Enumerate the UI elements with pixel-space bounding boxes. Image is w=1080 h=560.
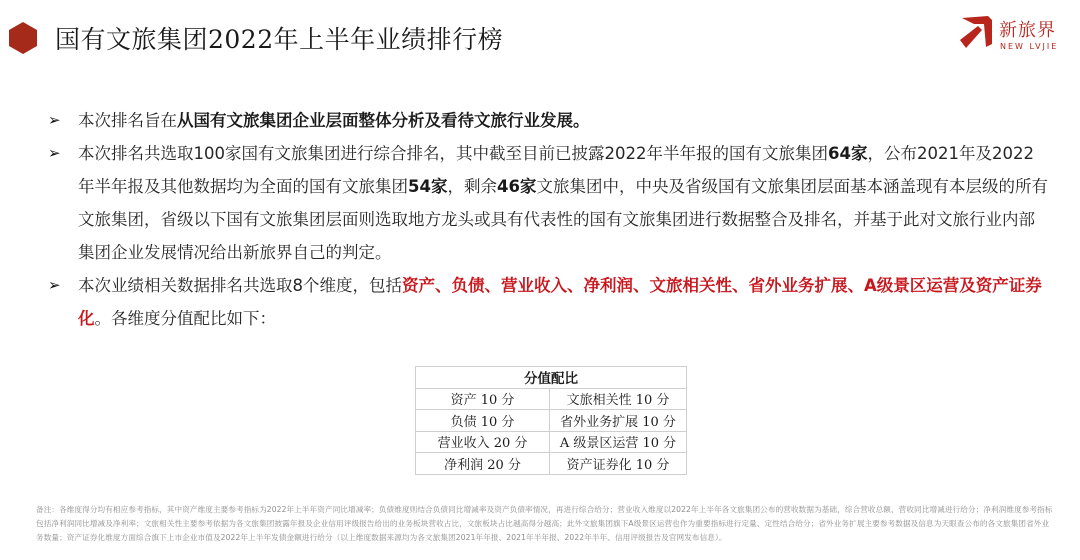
logo-text-en: NEW LVJIE — [1000, 42, 1058, 51]
text-segment: ，剩余 — [447, 177, 497, 196]
text-segment-bold: 从国有文旅集团企业层面整体分析及看待文旅行业发展。 — [177, 111, 590, 130]
table-cell: 负债 10 分 — [416, 410, 550, 432]
text-segment: 本次排名旨在 — [78, 111, 177, 130]
table-cell: 营业收入 20 分 — [416, 431, 550, 453]
bullet-item: ➢ 本次排名旨在从国有文旅集团企业层面整体分析及看待文旅行业发展。 — [48, 104, 1048, 137]
bullet-list: ➢ 本次排名旨在从国有文旅集团企业层面整体分析及看待文旅行业发展。 ➢ 本次排名… — [48, 104, 1048, 335]
brand-logo: 新旅界 NEW LVJIE — [958, 12, 1073, 57]
table-cell: 资产 10 分 — [416, 388, 550, 410]
table-cell: 净利润 20 分 — [416, 453, 550, 475]
table-title: 分值配比 — [416, 367, 687, 389]
bullet-item: ➢ 本次业绩相关数据排名共选取8个维度，包括资产、负债、营业收入、净利润、文旅相… — [48, 269, 1048, 335]
bullet-item: ➢ 本次排名共选取100家国有文旅集团进行综合排名，其中截至目前已披露2022年… — [48, 137, 1048, 269]
text-segment: 本次业绩相关数据排名共选取8个维度，包括 — [78, 276, 402, 295]
text-segment-bold: 46家 — [497, 177, 536, 196]
footnote: 备注：各维度得分均有相应参考指标，其中资产维度主要参考指标为2022年上半年资产… — [36, 503, 1056, 545]
slide-header: 国有文旅集团2022年上半年业绩排行榜 新旅界 NEW LVJIE — [0, 0, 1080, 80]
table-header-row: 分值配比 — [416, 367, 687, 389]
hexagon-icon — [9, 22, 37, 54]
table-row: 资产 10 分 文旅相关性 10 分 — [416, 388, 687, 410]
score-allocation-table: 分值配比 资产 10 分 文旅相关性 10 分 负债 10 分 省外业务扩展 1… — [415, 366, 687, 475]
text-segment-bold: 54家 — [408, 177, 447, 196]
arrowhead-bullet-icon: ➢ — [48, 269, 61, 302]
table-cell: A 级景区运营 10 分 — [550, 431, 687, 453]
table-cell: 文旅相关性 10 分 — [550, 388, 687, 410]
new-lvjie-logo-mark-icon — [958, 14, 996, 50]
table-row: 营业收入 20 分 A 级景区运营 10 分 — [416, 431, 687, 453]
logo-text-cn: 新旅界 — [999, 16, 1056, 42]
text-segment: 本次排名共选取100家国有文旅集团进行综合排名，其中截至目前已披露2022年半年… — [78, 144, 828, 163]
table-cell: 省外业务扩展 10 分 — [550, 410, 687, 432]
table-cell: 资产证券化 10 分 — [550, 453, 687, 475]
text-segment-bold: 64家 — [828, 144, 867, 163]
table-row: 净利润 20 分 资产证券化 10 分 — [416, 453, 687, 475]
page-title: 国有文旅集团2022年上半年业绩排行榜 — [55, 20, 503, 56]
text-segment: 。各维度分值配比如下： — [95, 309, 277, 328]
arrowhead-bullet-icon: ➢ — [48, 137, 61, 170]
arrowhead-bullet-icon: ➢ — [48, 104, 61, 137]
table-row: 负债 10 分 省外业务扩展 10 分 — [416, 410, 687, 432]
